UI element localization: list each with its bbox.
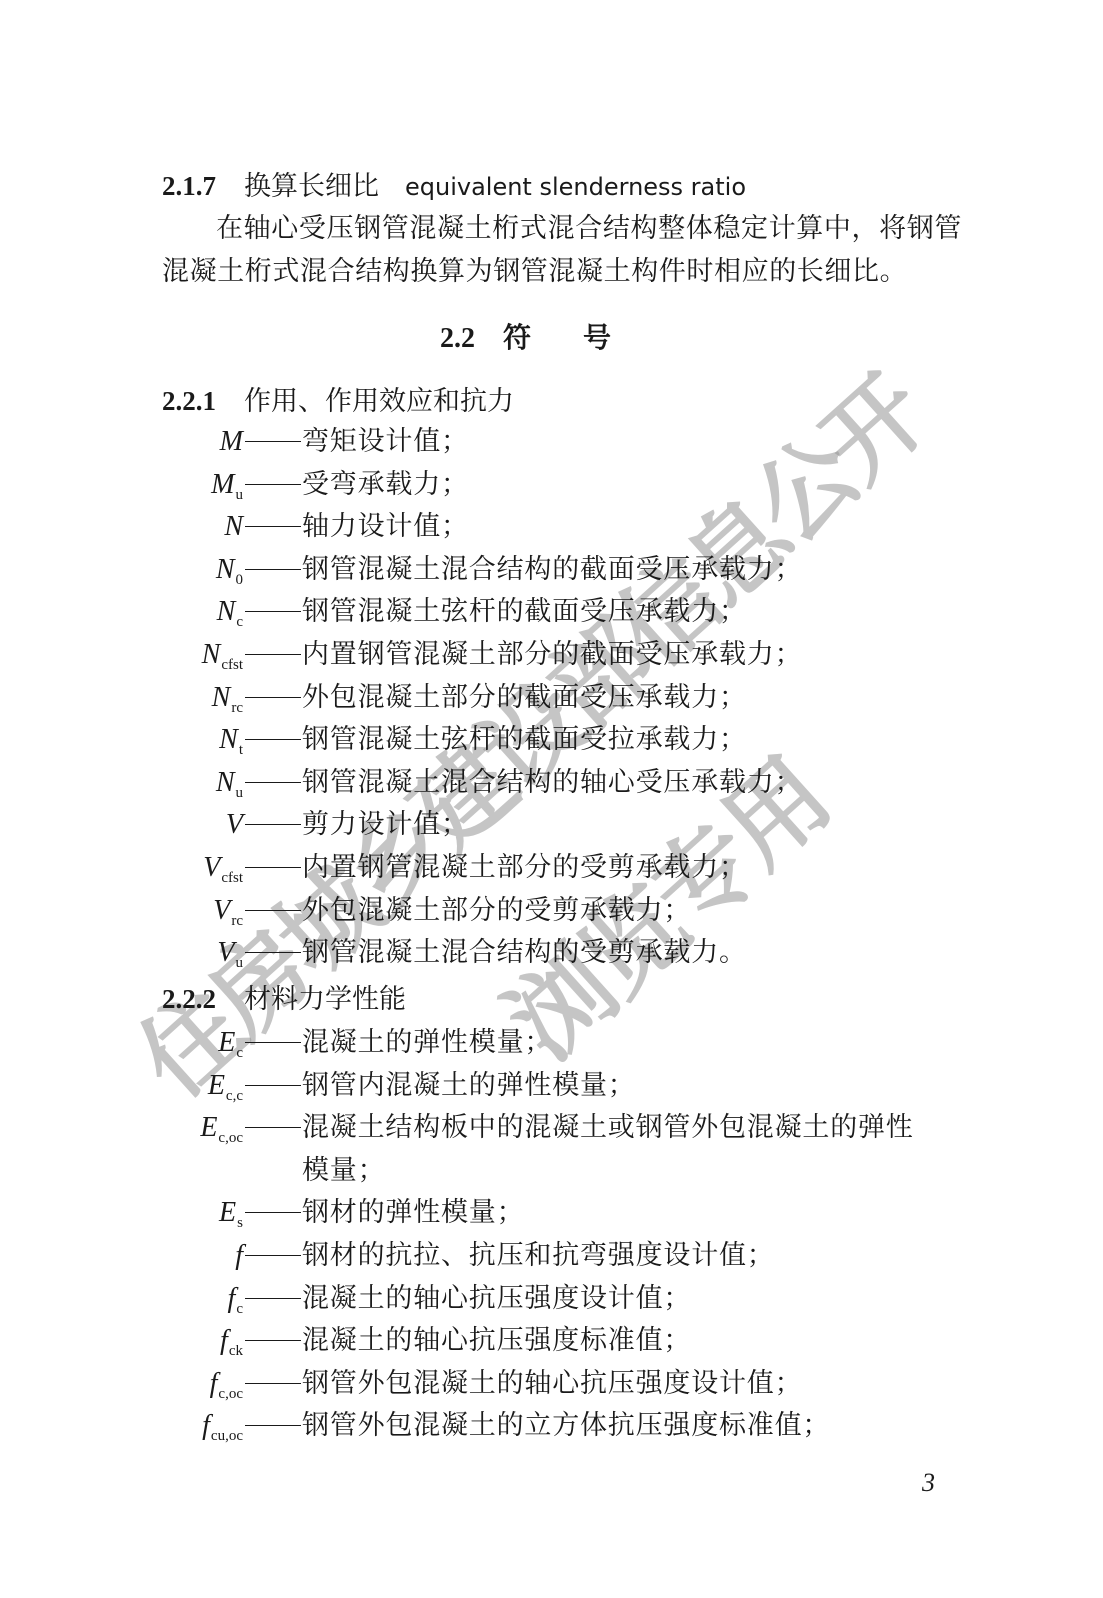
symbol-subscript: c,oc <box>218 1130 243 1146</box>
symbol-base: E <box>200 1112 217 1143</box>
symbol-entry: fc混凝土的轴心抗压强度设计值； <box>0 1277 1103 1320</box>
symbol-entry: Ncfst内置钢管混凝土部分的截面受压承载力； <box>0 633 1103 676</box>
em-dash-separator <box>245 484 301 485</box>
symbol-definition: 混凝土的弹性模量； <box>302 1021 552 1064</box>
symbol-base: E <box>208 1070 225 1101</box>
symbol-definition: 钢管混凝土混合结构的受剪承载力。 <box>302 931 747 974</box>
symbol: V <box>226 803 243 846</box>
symbol-entry-continuation: 模量； <box>0 1149 1103 1192</box>
symbol-definition: 混凝土结构板中的混凝土或钢管外包混凝土的弹性 <box>302 1106 914 1149</box>
symbol-definition: 钢管混凝土弦杆的截面受压承载力； <box>302 590 747 633</box>
symbol-base: N <box>202 639 221 670</box>
symbol-definition: 剪力设计值； <box>302 803 469 846</box>
em-dash-separator <box>245 1085 301 1086</box>
symbol-entry: Es钢材的弹性模量； <box>0 1191 1103 1234</box>
symbol-definition: 混凝土的轴心抗压强度标准值； <box>302 1319 691 1362</box>
em-dash-separator <box>245 1425 301 1426</box>
symbol: Vu <box>217 931 243 985</box>
symbol-base: f <box>235 1240 243 1271</box>
em-dash-separator <box>245 1255 301 1256</box>
symbol-subscript: 0 <box>236 572 244 588</box>
symbol-entry: f钢材的抗拉、抗压和抗弯强度设计值； <box>0 1234 1103 1277</box>
symbol-definition: 轴力设计值； <box>302 505 469 548</box>
clause-title-zh: 换算长细比 <box>244 171 379 202</box>
symbol-definition: 受弯承载力； <box>302 463 469 506</box>
em-dash-separator <box>245 654 301 655</box>
symbol-definition: 钢管内混凝土的弹性模量； <box>302 1064 636 1107</box>
clause-title: 材料力学性能 <box>244 984 406 1015</box>
symbol-base: V <box>217 937 234 968</box>
symbol-base: E <box>218 1027 235 1058</box>
symbol-subscript: c,c <box>226 1088 243 1104</box>
symbol-entry: Ec混凝土的弹性模量； <box>0 1021 1103 1064</box>
symbol-subscript: c,oc <box>218 1386 243 1402</box>
symbol-subscript: c <box>236 614 243 630</box>
em-dash-separator <box>245 910 301 911</box>
em-dash-separator <box>245 441 301 442</box>
symbol-base: M <box>211 469 234 500</box>
clause-title: 作用、作用效应和抗力 <box>244 386 514 417</box>
symbol: N <box>224 505 243 548</box>
symbol-subscript: c <box>236 1045 243 1061</box>
em-dash-separator <box>245 1383 301 1384</box>
symbol-entry: fc,oc钢管外包混凝土的轴心抗压强度设计值； <box>0 1362 1103 1405</box>
em-dash-separator <box>245 952 301 953</box>
symbol-subscript: ck <box>229 1343 243 1359</box>
symbol-subscript: cfst <box>221 870 243 886</box>
em-dash-separator <box>245 867 301 868</box>
clause-number: 2.1.7 <box>162 166 216 206</box>
symbol-entry: fck混凝土的轴心抗压强度标准值； <box>0 1319 1103 1362</box>
symbol-subscript: u <box>236 785 244 801</box>
symbol-base: V <box>226 809 243 840</box>
symbol-subscript: rc <box>231 700 243 716</box>
symbol-subscript: s <box>237 1215 243 1231</box>
symbol-base: N <box>212 682 231 713</box>
symbol-definition: 钢管混凝土混合结构的截面受压承载力； <box>302 548 802 591</box>
clause-2-2-1-heading: 2.2.1作用、作用效应和抗力 <box>162 381 514 422</box>
symbol-entry: fcu,oc钢管外包混凝土的立方体抗压强度标准值； <box>0 1404 1103 1447</box>
symbol-entry: Mu受弯承载力； <box>0 463 1103 506</box>
em-dash-separator <box>245 782 301 783</box>
symbol-base: V <box>203 852 220 883</box>
symbol-base: N <box>217 596 236 627</box>
symbol-entry: V剪力设计值； <box>0 803 1103 846</box>
clause-2-2-2-heading: 2.2.2材料力学性能 <box>162 979 406 1020</box>
symbol-base: N <box>224 511 243 542</box>
symbol-base: N <box>216 767 235 798</box>
page-number: 3 <box>922 1468 935 1498</box>
symbol-base: V <box>213 895 230 926</box>
symbol-entry: Nt钢管混凝土弦杆的截面受拉承载力； <box>0 718 1103 761</box>
clause-2-1-7-body: 在轴心受压钢管混凝土桁式混合结构整体稳定计算中，将钢管混凝土桁式混合结构换算为钢… <box>162 207 962 293</box>
symbol-base: f <box>228 1283 236 1314</box>
em-dash-separator <box>245 569 301 570</box>
clause-2-1-7-heading: 2.1.7换算长细比equivalent slenderness ratio <box>162 166 746 207</box>
symbol-base: M <box>220 426 243 457</box>
symbol-definition: 内置钢管混凝土部分的截面受压承载力； <box>302 633 802 676</box>
symbol: M <box>220 420 243 463</box>
em-dash-separator <box>245 1340 301 1341</box>
symbol-definition: 外包混凝土部分的受剪承载力； <box>302 889 691 932</box>
symbol-base: E <box>219 1197 236 1228</box>
em-dash-separator <box>245 1127 301 1128</box>
symbol-definition: 钢材的抗拉、抗压和抗弯强度设计值； <box>302 1234 775 1277</box>
symbol-definition: 钢材的弹性模量； <box>302 1191 524 1234</box>
symbol-entry: N轴力设计值； <box>0 505 1103 548</box>
symbol-definition: 钢管外包混凝土的立方体抗压强度标准值； <box>302 1404 830 1447</box>
symbol-entry: M弯矩设计值； <box>0 420 1103 463</box>
symbol-definition: 内置钢管混凝土部分的受剪承载力； <box>302 846 747 889</box>
em-dash-separator <box>245 739 301 740</box>
symbol-entry: Nc钢管混凝土弦杆的截面受压承载力； <box>0 590 1103 633</box>
symbol-base: N <box>216 554 235 585</box>
symbol: f <box>235 1234 243 1277</box>
symbol-subscript: cu,oc <box>211 1428 243 1444</box>
em-dash-separator <box>245 1042 301 1043</box>
symbol-subscript: c <box>236 1301 243 1317</box>
section-name: 符号 <box>503 321 663 354</box>
symbol-definition-continued: 模量； <box>302 1149 385 1192</box>
em-dash-separator <box>245 1298 301 1299</box>
em-dash-separator <box>245 611 301 612</box>
symbol-subscript: u <box>236 487 244 503</box>
em-dash-separator <box>245 526 301 527</box>
symbol-definition: 弯矩设计值； <box>302 420 469 463</box>
symbol-entry: Vu钢管混凝土混合结构的受剪承载力。 <box>0 931 1103 974</box>
clause-number: 2.2.1 <box>162 381 216 421</box>
em-dash-separator <box>245 824 301 825</box>
symbol-subscript: u <box>236 955 244 971</box>
symbol: fcu,oc <box>202 1404 243 1458</box>
symbol-entry: Vrc外包混凝土部分的受剪承载力； <box>0 889 1103 932</box>
symbol-entry: Ec,c钢管内混凝土的弹性模量； <box>0 1064 1103 1107</box>
symbol-entry: Nrc外包混凝土部分的截面受压承载力； <box>0 676 1103 719</box>
em-dash-separator <box>245 1212 301 1213</box>
symbol-entry: Vcfst内置钢管混凝土部分的受剪承载力； <box>0 846 1103 889</box>
symbol-definition: 钢管外包混凝土的轴心抗压强度设计值； <box>302 1362 802 1405</box>
symbol-subscript: cfst <box>221 657 243 673</box>
symbol-definition: 钢管混凝土混合结构的轴心受压承载力； <box>302 761 802 804</box>
symbol-base: f <box>210 1368 218 1399</box>
symbol-definition: 混凝土的轴心抗压强度设计值； <box>302 1277 691 1320</box>
document-page: 住房城乡建设部信息公开 浏览专用 2.1.7换算长细比equivalent sl… <box>0 0 1103 1598</box>
symbol-definition: 钢管混凝土弦杆的截面受拉承载力； <box>302 718 747 761</box>
section-2-2-title: 2.2符号 <box>0 318 1103 359</box>
symbol-entry: N0钢管混凝土混合结构的截面受压承载力； <box>0 548 1103 591</box>
symbol-entry: Nu钢管混凝土混合结构的轴心受压承载力； <box>0 761 1103 804</box>
section-number: 2.2 <box>440 323 475 354</box>
symbol-base: N <box>219 724 238 755</box>
symbol-base: f <box>202 1410 210 1441</box>
symbol-entry: Ec,oc混凝土结构板中的混凝土或钢管外包混凝土的弹性 <box>0 1106 1103 1149</box>
clause-number: 2.2.2 <box>162 979 216 1019</box>
em-dash-separator <box>245 697 301 698</box>
symbol-subscript: rc <box>231 913 243 929</box>
symbol-subscript: t <box>239 742 243 758</box>
symbol-definition: 外包混凝土部分的截面受压承载力； <box>302 676 747 719</box>
clause-title-en: equivalent slenderness ratio <box>405 173 746 201</box>
symbol-base: f <box>220 1325 228 1356</box>
